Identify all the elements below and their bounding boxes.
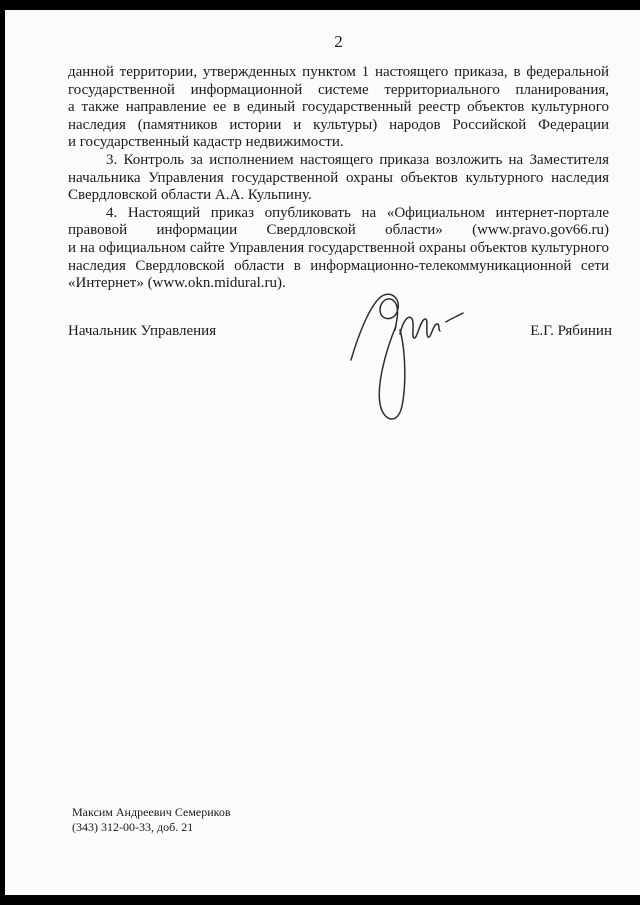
signature-scribble-icon xyxy=(336,288,468,428)
scanned-document-page: 2 данной территории, утвержденных пункто… xyxy=(0,0,640,905)
body-text-line: государственной информационной системе т… xyxy=(68,82,609,100)
scan-edge-left xyxy=(0,0,5,905)
body-text-line: 3. Контроль за исполнением настоящего пр… xyxy=(68,152,609,170)
body-text-line: наследия (памятников истории и культуры)… xyxy=(68,117,609,135)
page-number: 2 xyxy=(68,32,609,52)
signatory-position-title: Начальник Управления xyxy=(68,323,216,340)
body-text-line: начальника Управления государственной ох… xyxy=(68,170,609,188)
body-text-line: данной территории, утвержденных пунктом … xyxy=(68,64,609,82)
body-text-line: и государственный кадастр недвижимости. xyxy=(68,134,609,152)
body-text-line: и на официальном сайте Управления госуда… xyxy=(68,240,609,258)
executor-phone: (343) 312-00-33, доб. 21 xyxy=(72,820,231,835)
document-body: данной территории, утвержденных пунктом … xyxy=(68,64,609,293)
scan-edge-bottom xyxy=(0,895,640,905)
body-text-line: 4. Настоящий приказ опубликовать на «Офи… xyxy=(68,205,609,223)
body-text-line: Свердловской области А.А. Кульпину. xyxy=(68,187,609,205)
executor-name: Максим Андреевич Семериков xyxy=(72,805,231,820)
body-text-line: правовой информации Свердловской области… xyxy=(68,222,609,240)
executor-contact-block: Максим Андреевич Семериков (343) 312-00-… xyxy=(72,805,231,834)
signatory-name: Е.Г. Рябинин xyxy=(530,323,612,340)
scan-edge-top xyxy=(0,0,640,10)
body-text-line: а также направление ее в единый государс… xyxy=(68,99,609,117)
body-text-line: наследия Свердловской области в информац… xyxy=(68,258,609,276)
handwritten-signature xyxy=(336,288,468,428)
